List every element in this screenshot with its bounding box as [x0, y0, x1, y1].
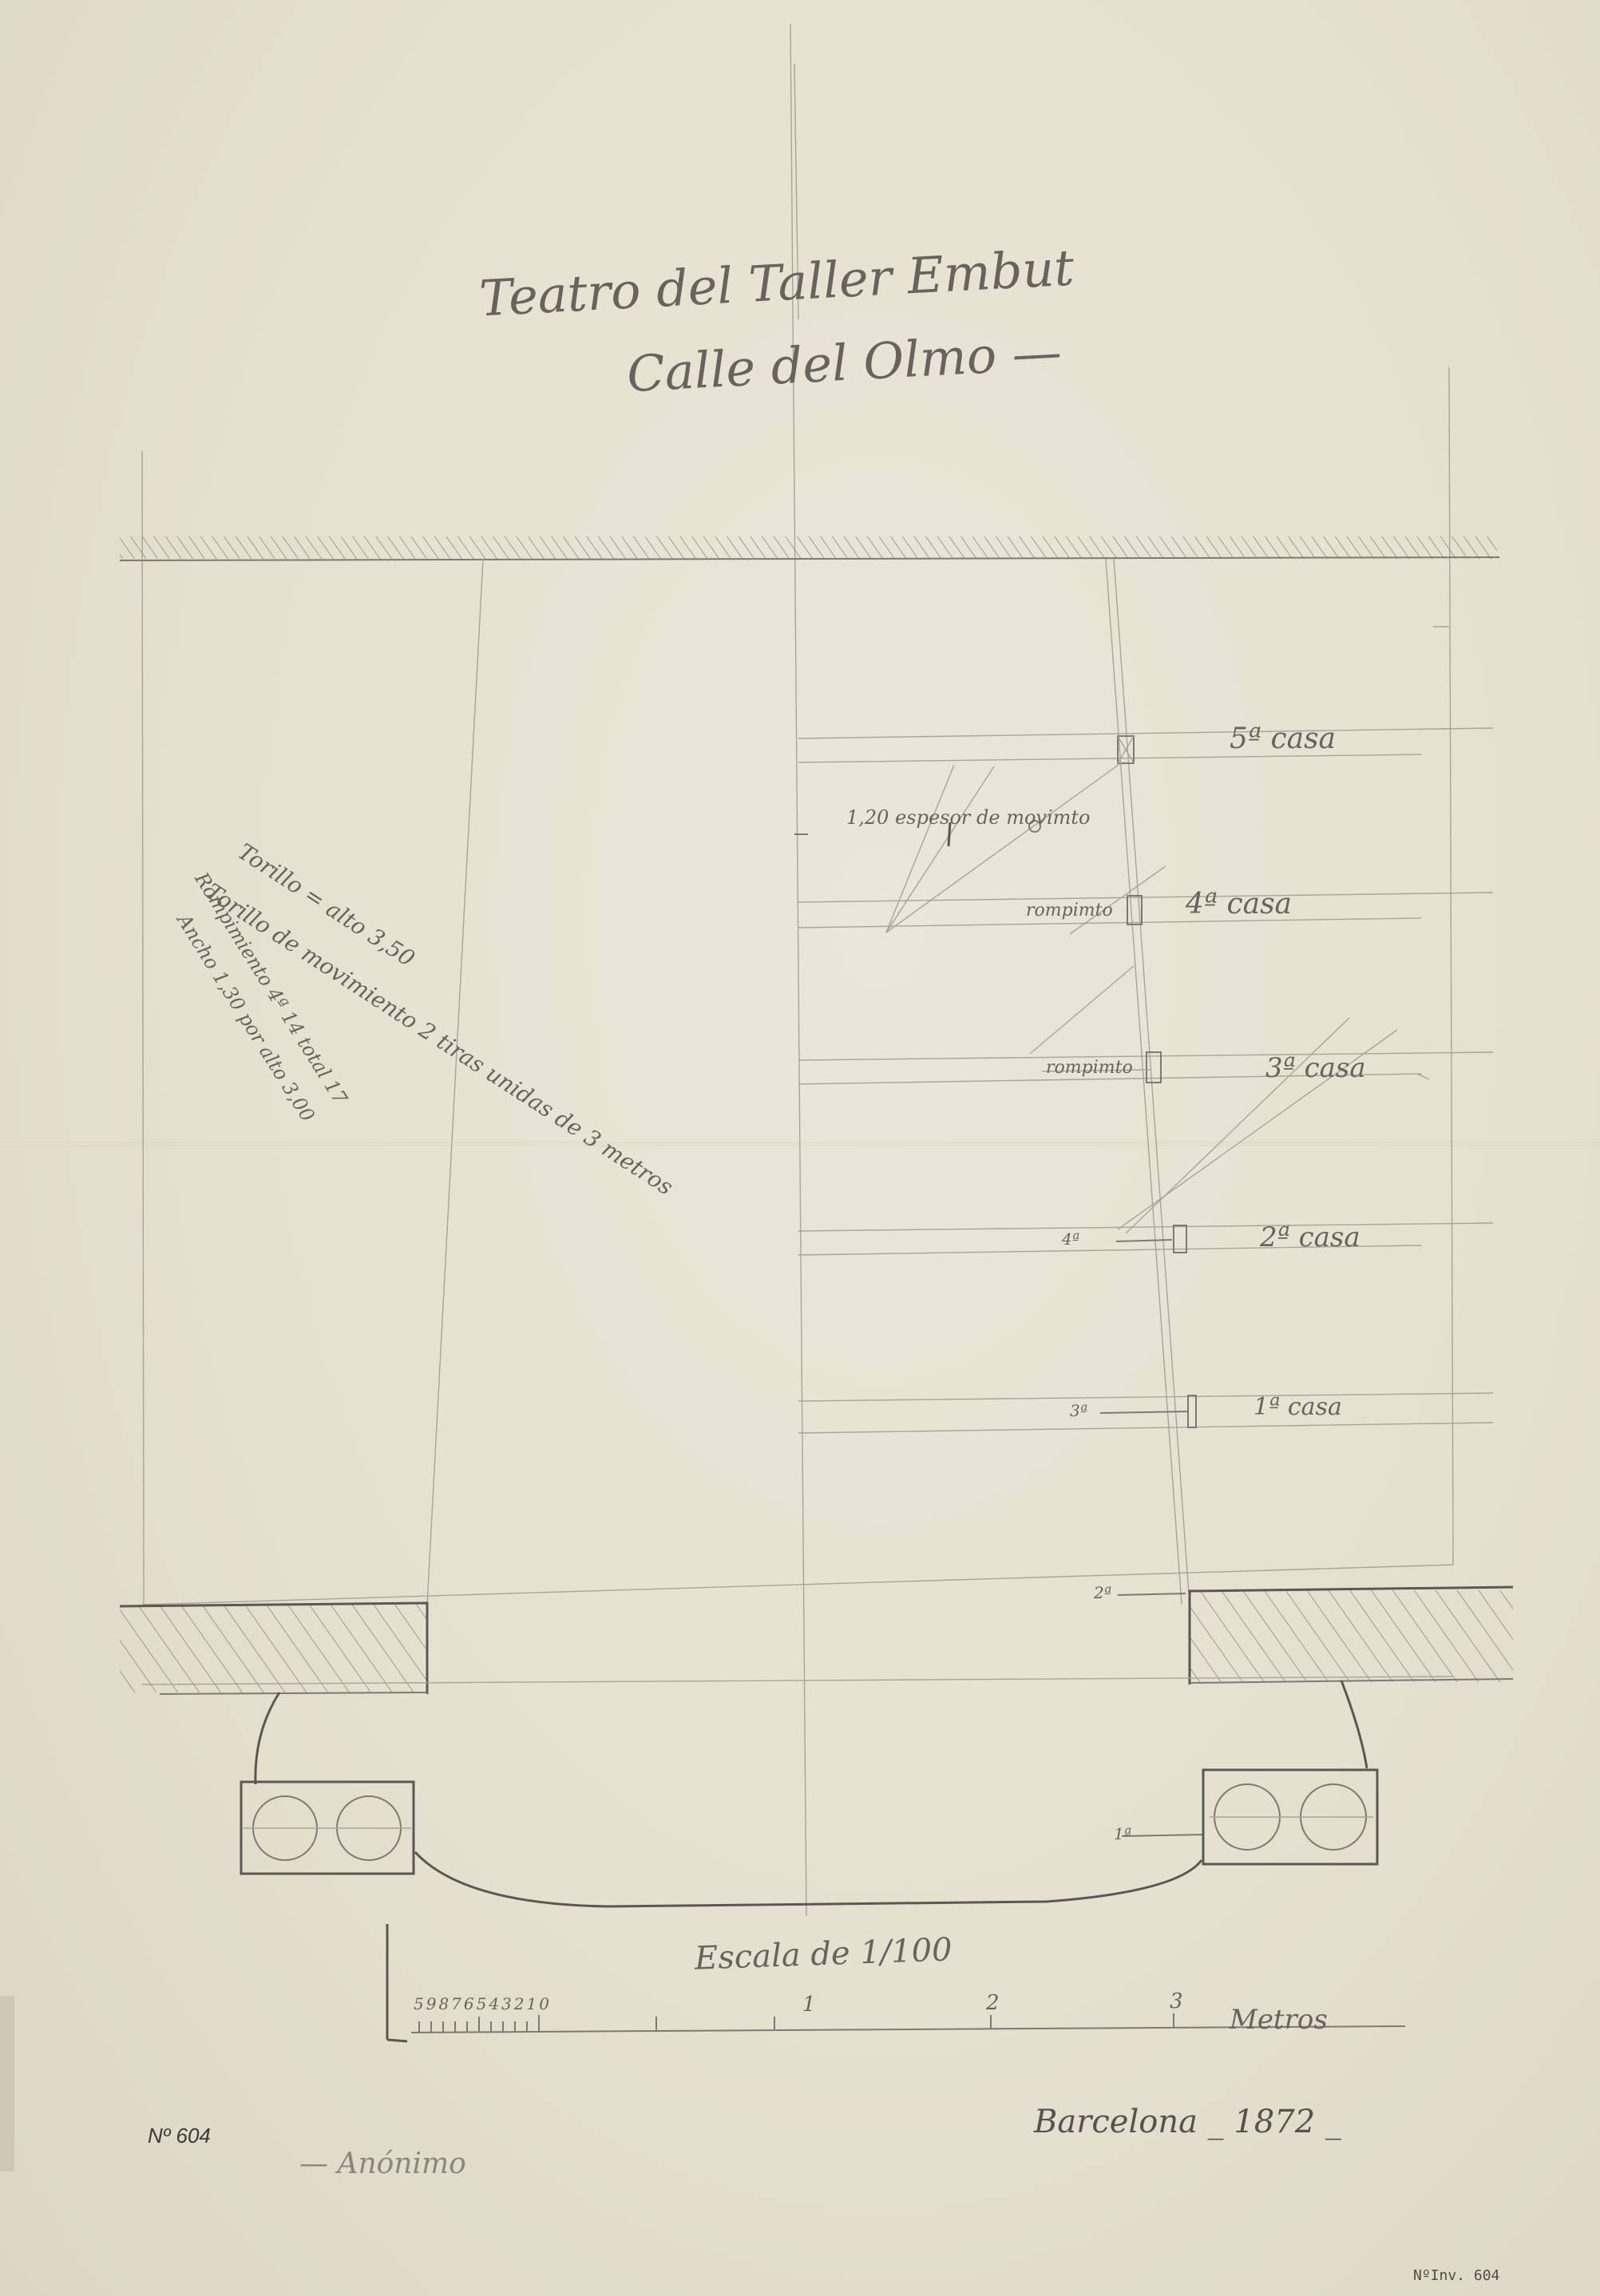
casa-label-3: 3ª casa: [1265, 1052, 1366, 1084]
scale-tick-label: 0: [539, 1994, 549, 2013]
cylinder-box-right: [1203, 1770, 1377, 1864]
scale-tick-label: 4: [489, 1994, 499, 2013]
scale-unit: Metros: [1230, 2004, 1328, 2036]
casa-label-2: 2ª casa: [1260, 1221, 1360, 1253]
scale-tick-label: 5: [477, 1994, 487, 2013]
note-espesor-movimiento: 1,20 espesor de movimto: [846, 806, 1091, 829]
place-date: Barcelona _ 1872 _: [1034, 2104, 1341, 2140]
marker-1a: 1ª: [1114, 1824, 1131, 1843]
author-note: — Anónimo: [299, 2148, 466, 2180]
catalog-number: Nº 604: [148, 2124, 211, 2148]
note-rompimiento-4: rompimto: [1026, 901, 1113, 920]
scale-tick-label: 6: [464, 1994, 474, 2013]
inventory-stamp: NºInv. 604: [1413, 2267, 1499, 2284]
casa-label-1: 1ª casa: [1253, 1393, 1342, 1421]
marker-2a: 2ª: [1094, 1583, 1111, 1602]
scale-tick-2m: 2: [986, 1991, 1000, 2015]
scale-tick-label: 1: [526, 1994, 537, 2013]
left-dimension-ticks: [794, 627, 1449, 1079]
casa-markers: [1118, 736, 1196, 1427]
casa-label-4: 4ª casa: [1186, 888, 1292, 920]
scale-tick-label: 9: [426, 1994, 437, 2013]
proscenium-wall-left: [120, 1603, 427, 1694]
casa-label-5: 5ª casa: [1230, 722, 1336, 755]
scale-tick-label: 5: [414, 1994, 424, 2013]
back-wall-hatched: [120, 536, 1499, 560]
marker-4a: 4ª: [1062, 1229, 1079, 1249]
proscenium-wall-right: [1190, 1587, 1513, 1684]
scale-tick-label: 3: [501, 1994, 512, 2013]
scale-tick-3m: 3: [1170, 1989, 1183, 2013]
cylinder-box-left: [241, 1782, 414, 1874]
note-rompimiento-3: rompimto: [1046, 1058, 1133, 1078]
drawing-sheet: Teatro del Taller Embut Calle del Olmo —…: [0, 0, 1600, 2296]
scale-tick-label: 7: [451, 1994, 461, 2013]
scale-tick-1m: 1: [802, 1993, 816, 2017]
marker-3a: 3ª: [1070, 1401, 1087, 1420]
apron-curve: [142, 1676, 1453, 1906]
scale-tick-label: 8: [438, 1994, 449, 2013]
construction-diagonals: [886, 762, 1397, 1233]
scale-tick-label: 2: [514, 1994, 525, 2013]
scale-small-ticks: 5 9 8 7 6 5 4 3 2 1 0: [414, 1994, 549, 2013]
